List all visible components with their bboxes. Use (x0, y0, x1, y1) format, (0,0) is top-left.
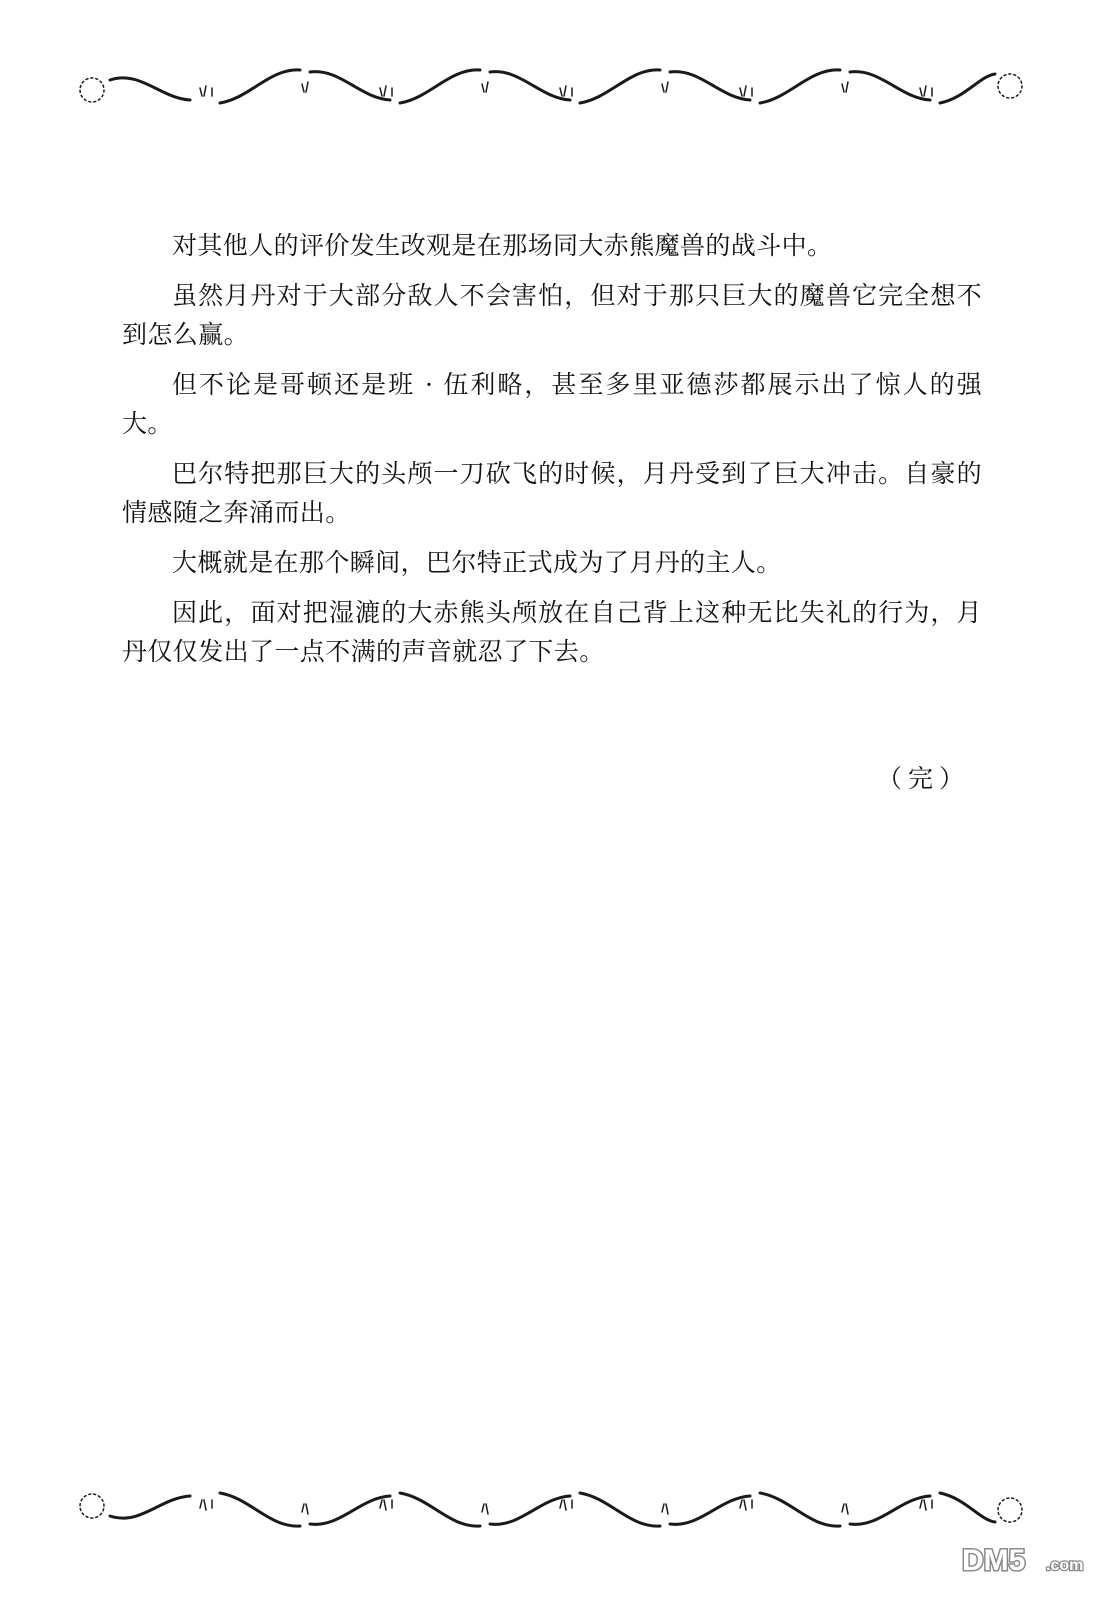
paragraph-6: 因此，面对把湿漉的大赤熊头颅放在自己背上这种无比失礼的行为，月丹仅仅发出了一点不… (122, 593, 982, 671)
top-floral-border (70, 58, 1030, 118)
paragraph-3: 但不论是哥顿还是班 · 伍利略，甚至多里亚德莎都展示出了惊人的强大。 (122, 365, 982, 443)
end-mark: （完） (877, 759, 970, 795)
bottom-floral-border (70, 1478, 1030, 1538)
dm5-watermark-logo: DM5 .com (960, 1540, 1100, 1576)
paragraph-2: 虽然月丹对于大部分敌人不会害怕，但对于那只巨大的魔兽它完全想不到怎么赢。 (122, 276, 982, 354)
floral-vine-icon (70, 58, 1030, 118)
watermark-main-text: DM5 (962, 1544, 1025, 1576)
dm5-logo-icon: DM5 .com (960, 1540, 1100, 1576)
watermark-suffix-text: .com (1046, 1557, 1083, 1574)
paragraph-5: 大概就是在那个瞬间，巴尔特正式成为了月丹的主人。 (122, 543, 982, 582)
paragraph-1: 对其他人的评价发生改观是在那场同大赤熊魔兽的战斗中。 (122, 226, 982, 265)
paragraph-4: 巴尔特把那巨大的头颅一刀砍飞的时候，月丹受到了巨大冲击。自豪的情感随之奔涌而出。 (122, 454, 982, 532)
floral-vine-icon (70, 1478, 1030, 1538)
story-text: 对其他人的评价发生改观是在那场同大赤熊魔兽的战斗中。 虽然月丹对于大部分敌人不会… (122, 226, 982, 682)
